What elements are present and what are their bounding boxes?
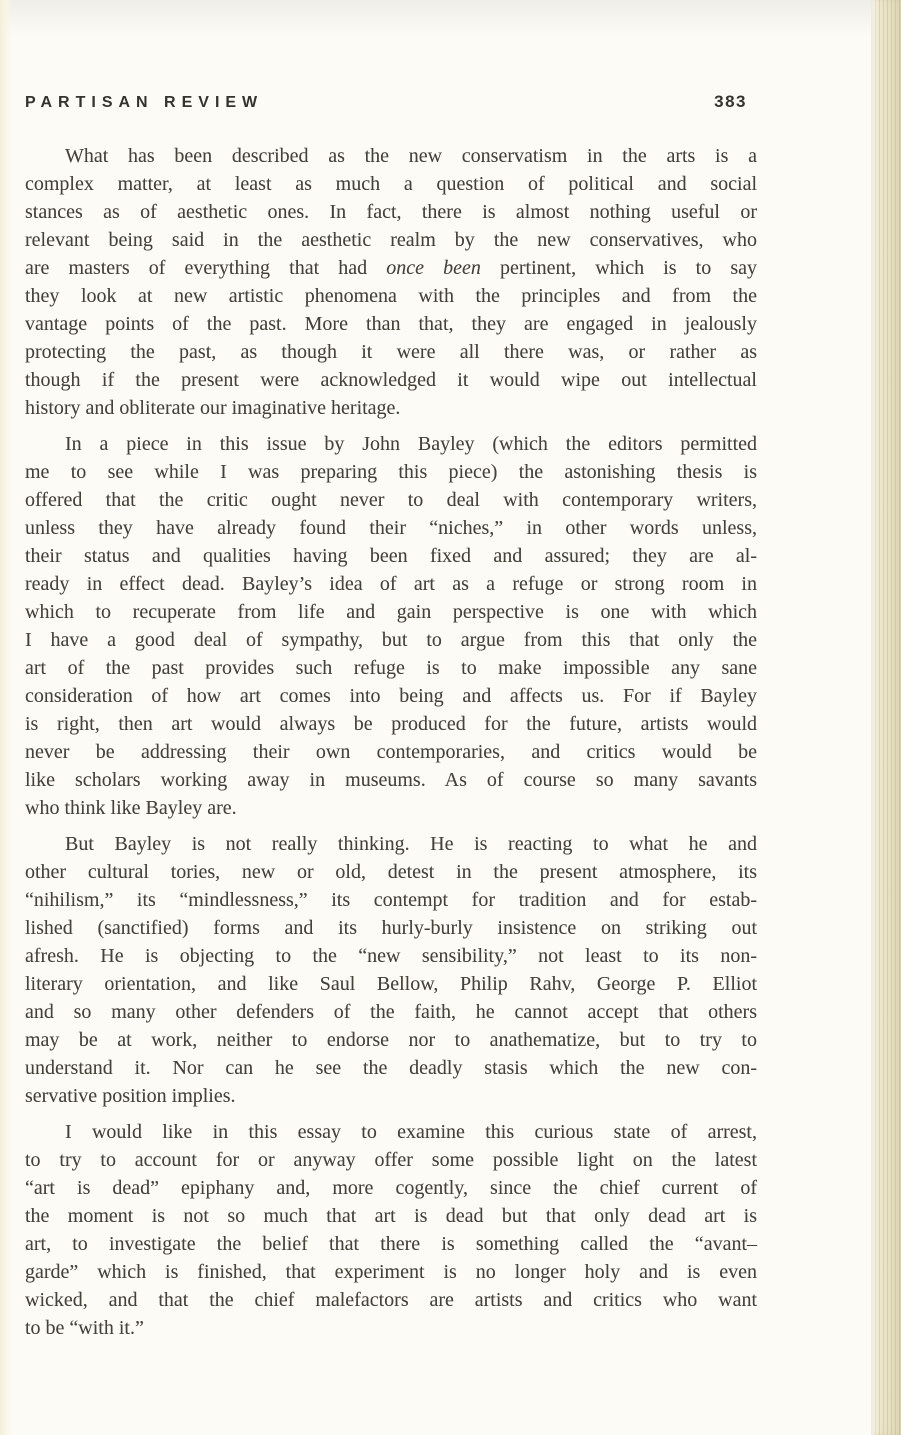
text-line: I would like in this essay to examine th… [25, 1118, 757, 1146]
text-line: history and obliterate our imaginative h… [25, 394, 757, 422]
text-line: art, to investigate the belief that ther… [25, 1230, 757, 1258]
right-page-edges-texture [871, 0, 901, 1435]
running-header: PARTISAN REVIEW 383 [25, 92, 757, 112]
text-line: relevant being said in the aesthetic rea… [25, 226, 757, 254]
text-block: What has been described as the new conse… [25, 142, 757, 1342]
text-line: What has been described as the new conse… [25, 142, 757, 170]
text-line: In a piece in this issue by John Bayley … [25, 430, 757, 458]
text-line: ready in effect dead. Bayley’s idea of a… [25, 570, 757, 598]
text-line: stances as of aesthetic ones. In fact, t… [25, 198, 757, 226]
text-line: vantage points of the past. More than th… [25, 310, 757, 338]
text-line: protecting the past, as though it were a… [25, 338, 757, 366]
text-line: never be addressing their own contempora… [25, 738, 757, 766]
text-line: complex matter, at least as much a quest… [25, 170, 757, 198]
text-line: who think like Bayley are. [25, 794, 757, 822]
text-line: and so many other defenders of the faith… [25, 998, 757, 1026]
text-line: consideration of how art comes into bein… [25, 682, 757, 710]
paragraph: In a piece in this issue by John Bayley … [25, 430, 757, 822]
text-line: though if the present were acknowledged … [25, 366, 757, 394]
text-line: garde” which is finished, that experimen… [25, 1258, 757, 1286]
page-number: 383 [714, 92, 757, 112]
text-line: unless they have already found their “ni… [25, 514, 757, 542]
text-line: wicked, and that the chief malefactors a… [25, 1286, 757, 1314]
text-line: offered that the critic ought never to d… [25, 486, 757, 514]
paragraph: But Bayley is not really thinking. He is… [25, 830, 757, 1110]
text-line: like scholars working away in museums. A… [25, 766, 757, 794]
left-page-edge [0, 0, 12, 1435]
text-line: “art is dead” epiphany and, more cogentl… [25, 1174, 757, 1202]
text-line: servative position implies. [25, 1082, 757, 1110]
text-line: is right, then art would always be produ… [25, 710, 757, 738]
text-line: “nihilism,” its “mindlessness,” its cont… [25, 886, 757, 914]
text-line: to try to account for or anyway offer so… [25, 1146, 757, 1174]
text-line: are masters of everything that had once … [25, 254, 757, 282]
text-line: the moment is not so much that art is de… [25, 1202, 757, 1230]
journal-title: PARTISAN REVIEW [25, 94, 263, 112]
text-line: afresh. He is objecting to the “new sens… [25, 942, 757, 970]
text-line: But Bayley is not really thinking. He is… [25, 830, 757, 858]
text-line: art of the past provides such refuge is … [25, 654, 757, 682]
text-line: may be at work, neither to endorse nor t… [25, 1026, 757, 1054]
scan-top-shade [0, 0, 901, 36]
text-line: me to see while I was preparing this pie… [25, 458, 757, 486]
text-line: their status and qualities having been f… [25, 542, 757, 570]
text-line: literary orientation, and like Saul Bell… [25, 970, 757, 998]
text-line: they look at new artistic phenomena with… [25, 282, 757, 310]
text-line: which to recuperate from life and gain p… [25, 598, 757, 626]
text-line: lished (sanctified) forms and its hurly-… [25, 914, 757, 942]
text-line: understand it. Nor can he see the deadly… [25, 1054, 757, 1082]
paragraph: What has been described as the new conse… [25, 142, 757, 422]
paragraph: I would like in this essay to examine th… [25, 1118, 757, 1342]
text-line: other cultural tories, new or old, detes… [25, 858, 757, 886]
page-content: PARTISAN REVIEW 383 What has been descri… [25, 92, 757, 1342]
text-line: I have a good deal of sympathy, but to a… [25, 626, 757, 654]
text-line: to be “with it.” [25, 1314, 757, 1342]
